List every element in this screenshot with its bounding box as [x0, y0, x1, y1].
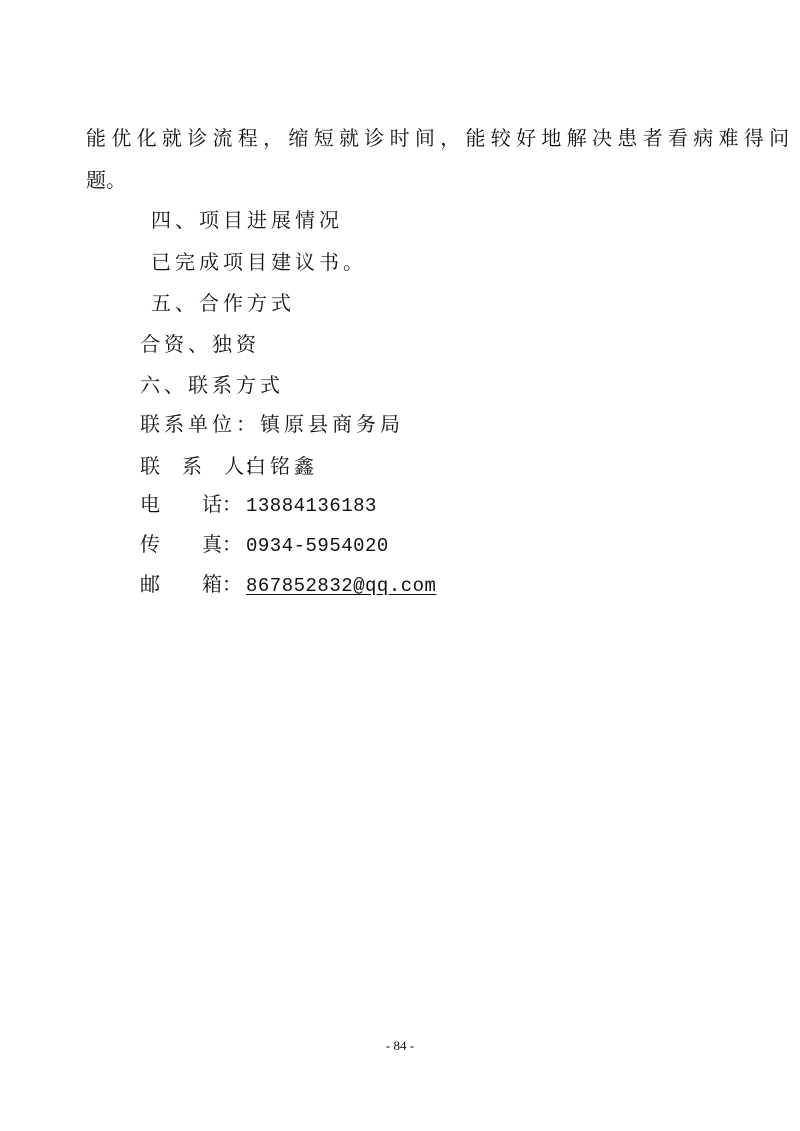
section-6-heading: 六、联系方式: [140, 373, 284, 397]
section-4-body: 已完成项目建议书。: [151, 250, 367, 274]
contact-value: 0934-5954020: [246, 535, 389, 557]
contact-label: 联系单位：: [140, 412, 260, 436]
contact-label: 电话：: [140, 492, 246, 516]
contact-row-person: 联系人：白铭鑫: [140, 454, 318, 478]
contact-value: 镇原县商务局: [260, 412, 404, 436]
contact-label: 传真：: [140, 532, 246, 556]
section-4-heading: 四、项目进展情况: [151, 208, 343, 232]
contact-label: 邮箱：: [140, 572, 246, 596]
page-number: - 84 -: [0, 1038, 800, 1054]
contact-value: 白铭鑫: [246, 454, 318, 478]
contact-label: 联系人：: [140, 454, 246, 478]
contact-row-unit: 联系单位：镇原县商务局: [140, 412, 404, 436]
contact-value: 13884136183: [246, 495, 377, 517]
paragraph-line-1: 能优化就诊流程，缩短就诊时间，能较好地解决患者看病难得问: [86, 126, 794, 150]
section-5-body: 合资、独资: [140, 332, 260, 356]
contact-row-fax: 传真：0934-5954020: [140, 532, 389, 558]
contact-row-email: 邮箱：867852832@qq.com: [140, 572, 436, 598]
contact-row-phone: 电话：13884136183: [140, 492, 377, 518]
paragraph-line-2: 题。: [86, 168, 126, 192]
email-link[interactable]: 867852832@qq.com: [246, 575, 436, 597]
section-5-heading: 五、合作方式: [151, 291, 295, 315]
